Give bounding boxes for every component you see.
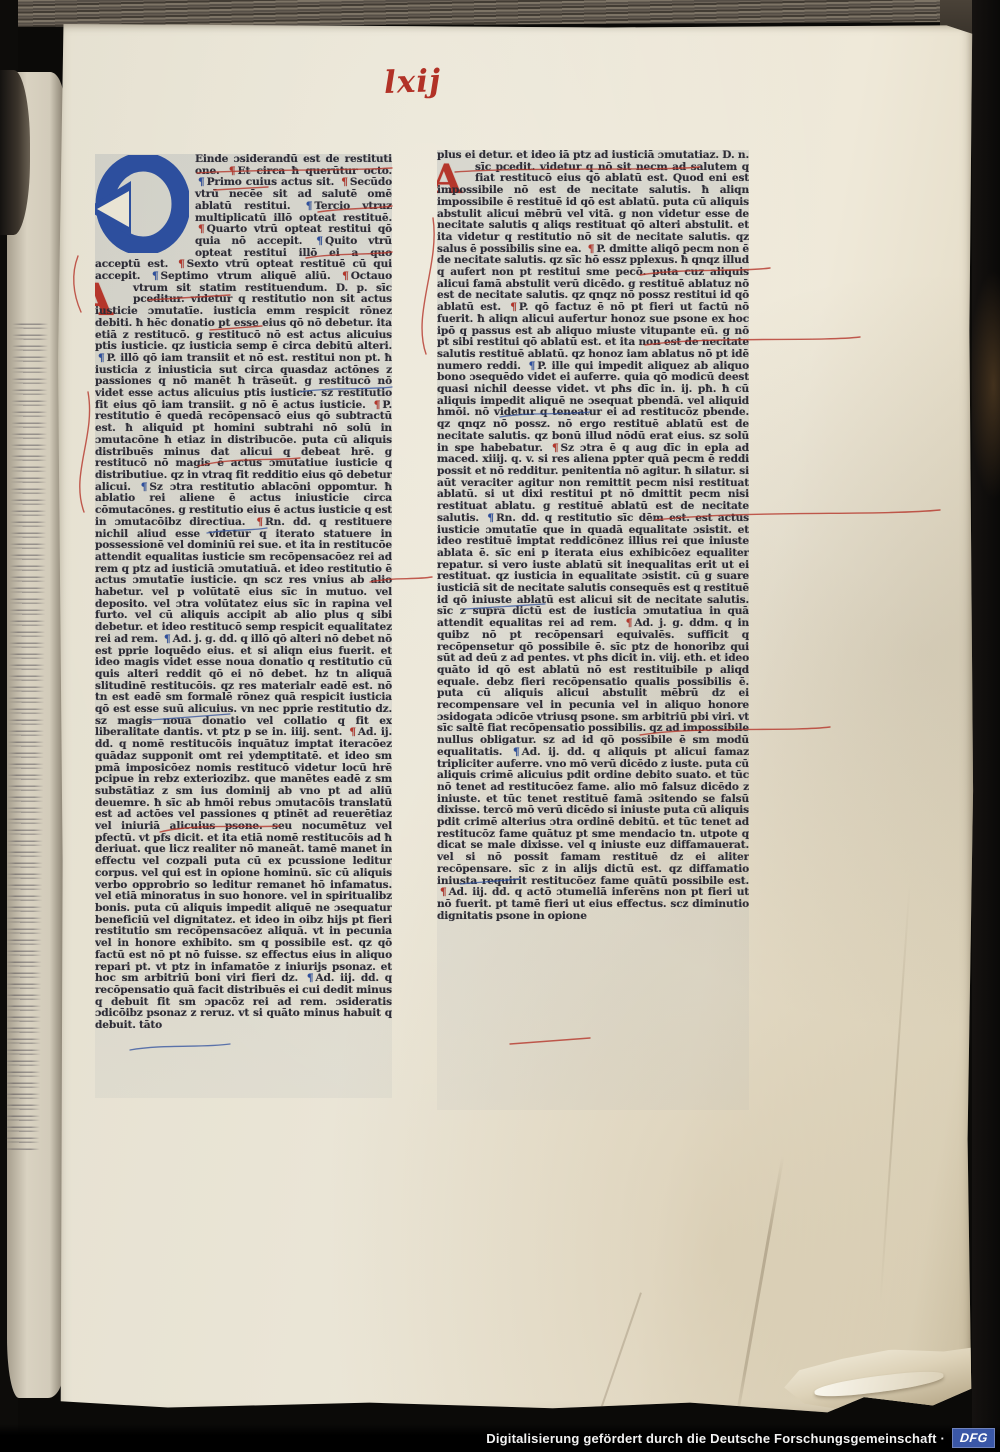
text-column-left: Einde ɔsiderandū est de restituti one. ¶… bbox=[95, 154, 392, 1098]
text-segment: Septimo vtrum aliquē aliū. bbox=[161, 270, 340, 282]
pilcrow-red: ¶ bbox=[253, 516, 265, 528]
pilcrow-red: ¶ bbox=[195, 223, 207, 235]
rubric-initial-a: A bbox=[95, 283, 133, 306]
pilcrow-red: ¶ bbox=[339, 270, 351, 282]
manuscript-page: lxij Einde ɔsiderandū est de restituti o… bbox=[58, 24, 974, 1418]
pilcrow-red: ¶ bbox=[371, 399, 383, 411]
pilcrow-blue: ¶ bbox=[484, 512, 496, 524]
pilcrow-blue: ¶ bbox=[304, 972, 316, 984]
pilcrow-red: ¶ bbox=[338, 176, 350, 188]
spine-curl bbox=[0, 70, 30, 235]
text-segment: Ad. j. g. dd. q illō qō alteri nō debet … bbox=[95, 633, 392, 739]
text-segment: Primo cuius actus sit. bbox=[207, 176, 339, 188]
digitized-manuscript-scan: { "page": { "folio_number": "lxij", "pil… bbox=[0, 0, 1000, 1452]
illuminated-initial-d bbox=[95, 155, 189, 253]
pilcrow-red: ¶ bbox=[507, 301, 519, 313]
pilcrow-red: ¶ bbox=[175, 258, 187, 270]
rubric-initial-a: A bbox=[437, 162, 475, 185]
pilcrow-blue: ¶ bbox=[138, 481, 150, 493]
text-segment: D. p. sīc pceditur. videtur q restitutio… bbox=[95, 282, 392, 353]
text-segment: P. restitutio ē quedā recōpensacō eius q… bbox=[95, 399, 392, 493]
text-segment: P. ille qui impedit aliquez ab aliquo bo… bbox=[437, 360, 749, 454]
text-segment: Ad. ij. dd. q nomē restitucōis inquātuz … bbox=[95, 726, 392, 984]
digitization-credit-text: Digitalisierung gefördert durch die Deut… bbox=[486, 1431, 945, 1446]
pilcrow-blue: ¶ bbox=[149, 270, 161, 282]
parchment-crease bbox=[596, 1292, 642, 1420]
text-segment: Ad. ij. dd. q aliquis pt alicui famaz tr… bbox=[437, 746, 749, 887]
parchment-crease bbox=[735, 1156, 785, 1422]
dfg-logo-text: DFG bbox=[959, 1431, 988, 1445]
pilcrow-red: ¶ bbox=[437, 886, 449, 898]
text-column-right: plus ei detur. et ideo iā ptz ad iustici… bbox=[437, 150, 749, 1110]
text-segment: D. n. sīc pcedit. videtur q nō sit necm … bbox=[437, 150, 749, 255]
background-right bbox=[972, 0, 1000, 1452]
folio-number: lxij bbox=[383, 63, 441, 101]
pilcrow-blue: ¶ bbox=[313, 235, 325, 247]
footer-credit-bar: Digitalisierung gefördert durch die Deut… bbox=[0, 1424, 1000, 1452]
book-page-edges-top bbox=[0, 0, 978, 27]
pilcrow-red: ¶ bbox=[226, 165, 238, 177]
binding-shadow bbox=[968, 270, 1000, 500]
text-segment: Rn. dd. q restituere nichil aliud esse v… bbox=[95, 516, 392, 645]
pilcrow-red: ¶ bbox=[623, 617, 635, 629]
pilcrow-blue: ¶ bbox=[95, 352, 107, 364]
pilcrow-blue: ¶ bbox=[526, 360, 538, 372]
text-segment: Et circa ħ querūtur octo. bbox=[238, 165, 392, 177]
pilcrow-blue: ¶ bbox=[161, 633, 173, 645]
dfg-logo: DFG bbox=[952, 1428, 995, 1448]
text-segment: P. illō qō iam transiit et nō est. resti… bbox=[95, 352, 392, 411]
text-segment: Ad. j. g. ddm. q in quibz nō pt recōpens… bbox=[437, 617, 749, 758]
pilcrow-red: ¶ bbox=[585, 243, 597, 255]
pilcrow-red: ¶ bbox=[549, 442, 561, 454]
text-segment: Rn. dd. q restitutio sīc dēm est. est ac… bbox=[437, 512, 749, 629]
pilcrow-red: ¶ bbox=[346, 726, 358, 738]
pilcrow-blue: ¶ bbox=[195, 176, 207, 188]
text-segment: plus ei detur. et ideo iā ptz ad iustici… bbox=[437, 150, 722, 161]
text-segment: Ad. iij. dd. q actō ɔtumeliā inferēns no… bbox=[437, 886, 749, 921]
parchment-crease bbox=[879, 884, 910, 1303]
pilcrow-blue: ¶ bbox=[303, 200, 315, 212]
pilcrow-blue: ¶ bbox=[510, 746, 522, 758]
